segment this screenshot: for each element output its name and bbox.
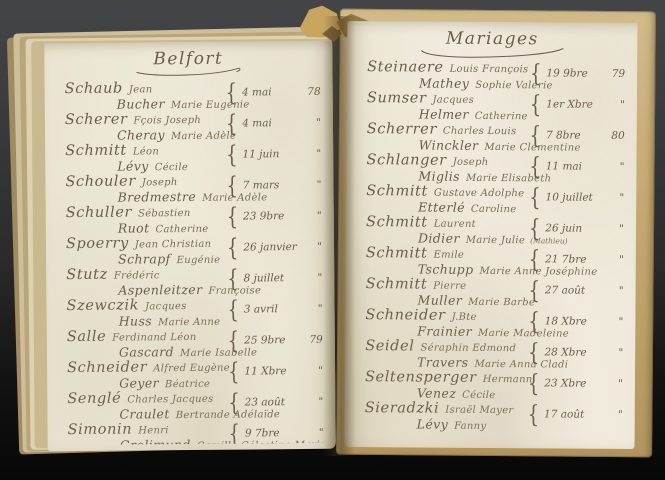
right-page-entries: SteinaereLouis FrançoisMatheySophie Valé… (365, 59, 626, 443)
left-page-entries: SchaubJeanBucherMarie Eugénie{4 mai78Sch… (65, 79, 324, 445)
brace-glyph: { (528, 371, 540, 395)
marriage-date: {9 7bre" (227, 421, 324, 445)
marriage-date: {1er Xbre" (528, 92, 625, 117)
brace-glyph: { (226, 174, 238, 198)
register-entry: SchoulerJosephBredmestreMarie Adèle{7 ma… (65, 172, 321, 200)
marriage-date: {11 Xbre" (226, 359, 323, 384)
left-register-page: Belfort SchaubJeanBucherMarie Eugénie{4 … (44, 41, 336, 451)
brace-glyph: { (530, 61, 542, 85)
right-register-page: Mariages SteinaereLouis FrançoisMatheySo… (345, 21, 638, 449)
brace-glyph: { (529, 185, 541, 209)
marriage-date: {25 9bre79 (226, 328, 323, 353)
marriage-date: {11 mai" (527, 154, 624, 179)
register-entry: SalleFerdinand LéonGascardMarie Isabelle… (67, 327, 323, 355)
right-page-title: Mariages (347, 28, 637, 60)
brace-glyph: { (228, 391, 240, 415)
marriage-date: {4 mai" (224, 111, 321, 136)
register-entry: SeltenspergerHermannVenezCécile{23 Xbre" (365, 369, 623, 397)
left-page-title: Belfort (44, 48, 332, 79)
register-entry: SieradzkiIsraël MayerLévyFanny{17 août" (365, 400, 623, 428)
brace-glyph: { (226, 112, 238, 136)
brace-glyph: { (225, 81, 237, 105)
register-entry: SpoerryJean ChristianSchrapfEugénie{26 j… (66, 234, 322, 262)
marriage-date: {23 9bre" (225, 204, 322, 229)
marriage-date: {27 août" (527, 278, 624, 303)
right-page-title-text: Mariages (446, 29, 539, 50)
brace-glyph: { (528, 402, 540, 426)
register-entry: ScherrerCharles LouisWincklerMarie Cléme… (367, 121, 625, 149)
left-page-title-text: Belfort (153, 49, 223, 70)
register-entry: SumserJacquesHelmerCatherine{1er Xbre" (367, 90, 625, 118)
brace-glyph: { (529, 247, 541, 271)
marriage-date: {28 Xbre" (526, 340, 623, 365)
marriage-date: {19 9bre79 (528, 61, 625, 86)
brace-glyph: { (227, 236, 239, 260)
marriage-date: {7 mars" (224, 173, 321, 198)
marriage-date: {7 8bre80 (528, 123, 625, 148)
brace-glyph: { (530, 123, 542, 147)
marriage-date: {21 7bre" (527, 247, 624, 272)
marriage-date: {4 mai78 (224, 80, 321, 105)
register-entry: SchullerSébastienRuotCatherine{23 9bre" (66, 203, 322, 231)
register-entry: SchmittLéonLévyCécile{11 juin" (65, 141, 321, 169)
register-entry: SteinaereLouis FrançoisMatheySophie Valé… (367, 59, 625, 87)
marriage-date: {17 août" (526, 402, 623, 427)
brace-glyph: { (528, 340, 540, 364)
marriage-date: {18 Xbre" (526, 309, 623, 334)
register-entry: SchneiderJ.BteFrainierMarie Madeleine{18… (365, 307, 623, 335)
register-entry: SchaubJeanBucherMarie Eugénie{4 mai78 (65, 79, 321, 107)
marriage-date: {10 juillet" (527, 185, 624, 210)
marriage-date: {3 avril" (225, 297, 322, 322)
brace-glyph: { (228, 360, 240, 384)
register-entry: StutzFrédéricAspenleitzerFrançoise{8 jui… (66, 265, 322, 293)
register-entry: SengléCharles JacquesCrauletBertrande Ad… (67, 389, 323, 417)
brace-glyph: { (228, 329, 240, 353)
register-entry: SzewczikJacquesHussMarie Anne{3 avril" (66, 296, 322, 324)
brace-glyph: { (530, 92, 542, 116)
register-entry: SchmittEmileTschuppMarie Anne Joséphine{… (366, 245, 624, 273)
register-entry: SimoninHenriGrolimundCamille Célestine M… (68, 420, 324, 445)
marriage-date: {26 juin" (527, 216, 624, 241)
brace-glyph: { (528, 278, 540, 302)
brace-glyph: { (529, 216, 541, 240)
register-entry: SchlangerJosephMiglisMarie Elisabeth{11 … (366, 152, 624, 180)
brace-glyph: { (228, 422, 240, 446)
marriage-date: {8 juillet" (225, 266, 322, 291)
marriage-date: {23 août" (226, 390, 323, 415)
brace-glyph: { (226, 143, 238, 167)
register-entry: SeidelSéraphin EdmondTraversMarie Anna C… (365, 338, 623, 366)
brace-glyph: { (227, 205, 239, 229)
marriage-date: {11 juin" (224, 142, 321, 167)
register-entry: SchneiderAlfred EugèneGeyerBéatrice{11 X… (67, 358, 323, 386)
marriage-date: {23 Xbre" (526, 371, 623, 396)
brace-glyph: { (529, 154, 541, 178)
register-entry: SchmittGustave AdolpheEtterléCaroline{10… (366, 183, 624, 211)
register-entry: SchmittPierreMullerMarie Barbe{27 août" (366, 276, 624, 304)
register-entry: SchmittLaurentDidierMarie Julie(Mathieu)… (366, 214, 624, 242)
book-scan-photo: Belfort SchaubJeanBucherMarie Eugénie{4 … (0, 0, 665, 480)
brace-glyph: { (227, 267, 239, 291)
register-entry: SchererFçois JosephCherayMarie Adèle{4 m… (65, 110, 321, 138)
brace-glyph: { (227, 298, 239, 322)
brace-glyph: { (528, 309, 540, 333)
marriage-date: {26 janvier" (225, 235, 322, 260)
